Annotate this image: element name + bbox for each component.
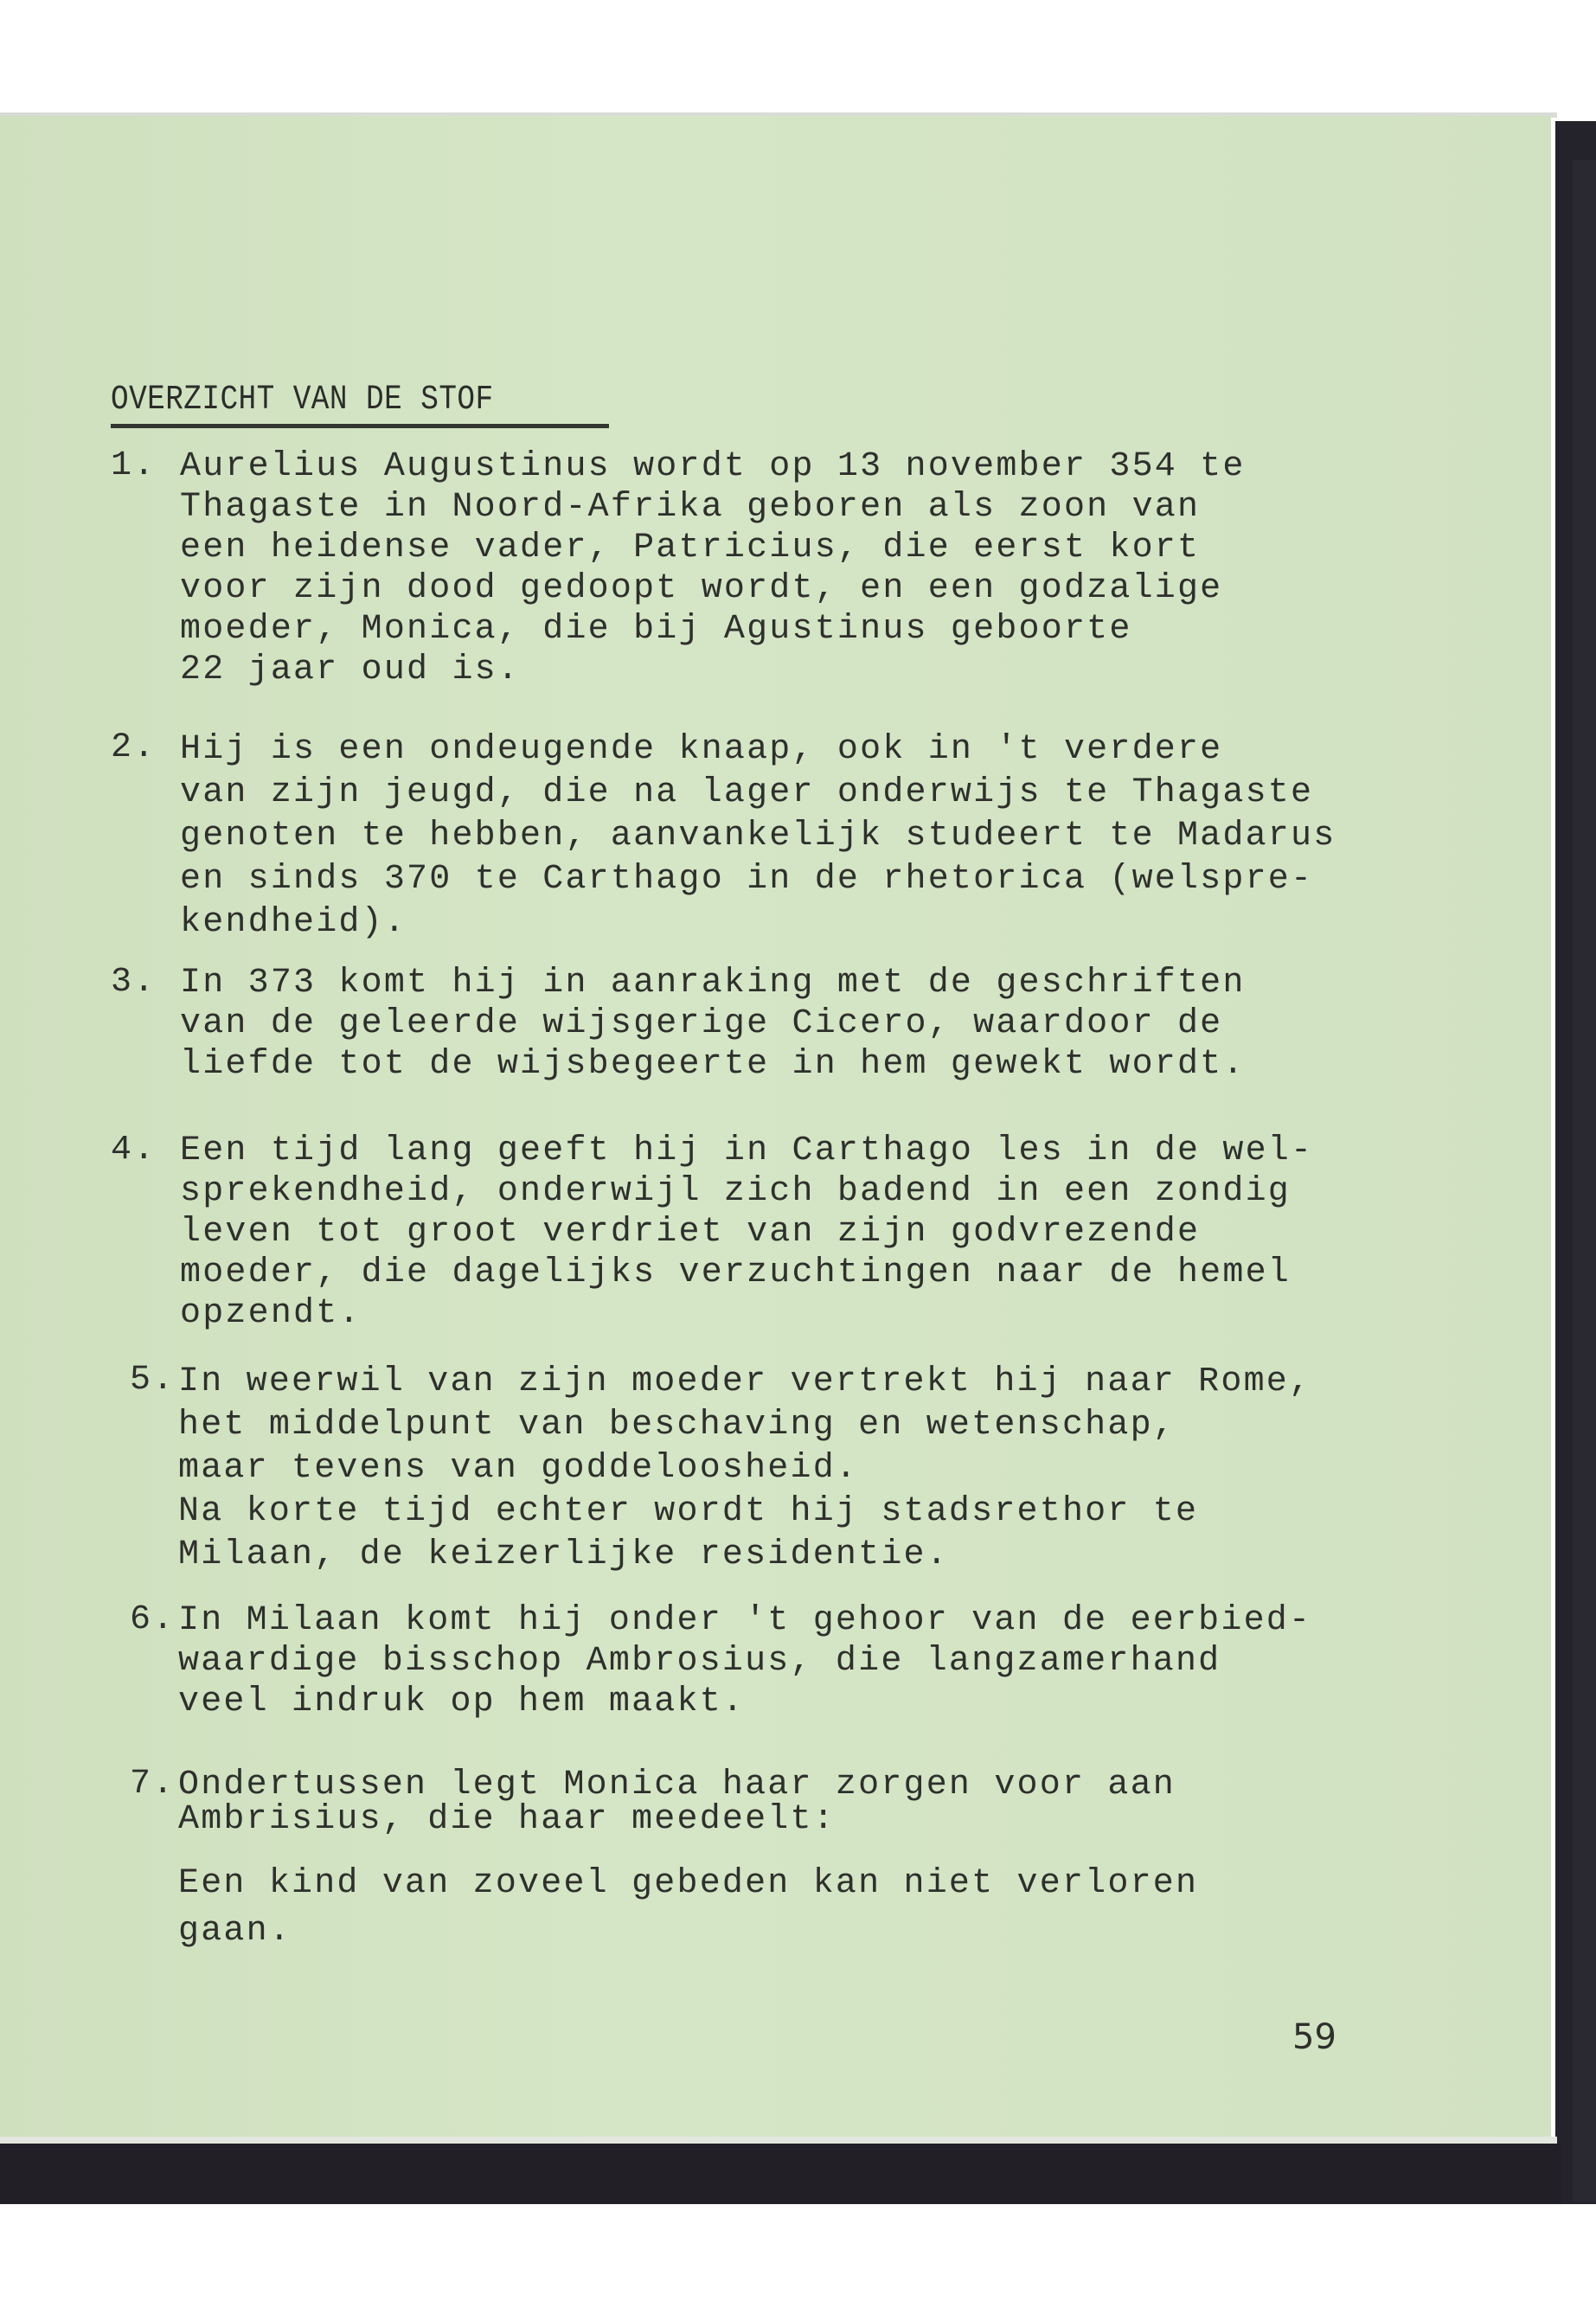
page-bottom-edge <box>0 2137 1557 2144</box>
item-line: 22 jaar oud is. <box>180 650 1246 690</box>
item-line: Thagaste in Noord-Afrika geboren als zoo… <box>180 487 1246 528</box>
scan-right-border-inner <box>1573 160 1596 2202</box>
item-line: Aurelius Augustinus wordt op 13 november… <box>180 446 1246 487</box>
quote-line: gaan. <box>178 1907 1198 1955</box>
item-line: veel indruk op hem maakt. <box>178 1682 1311 1722</box>
item-line: maar tevens van goddeloosheid. <box>178 1447 1311 1490</box>
item-line: sprekendheid, onderwijl zich badend in e… <box>180 1171 1313 1212</box>
item-line: van de geleerde wijsgerige Cicero, waard… <box>180 1003 1246 1044</box>
item-number: 6. <box>130 1600 175 1639</box>
item-line: leven tot groot verdriet van zijn godvre… <box>180 1212 1313 1253</box>
item-line: genoten te hebben, aanvankelijk studeert… <box>180 815 1336 858</box>
item-line: waardige bisschop Ambrosius, die langzam… <box>178 1641 1311 1682</box>
title-underline <box>111 424 609 428</box>
item-line: moeder, Monica, die bij Agustinus geboor… <box>180 609 1246 650</box>
item-line: In Milaan komt hij onder 't gehoor van d… <box>178 1600 1311 1641</box>
quote-line: Een kind van zoveel gebeden kan niet ver… <box>178 1860 1198 1907</box>
item-line: In weerwil van zijn moeder vertrekt hij … <box>178 1361 1311 1404</box>
item-number: 3. <box>111 963 156 1002</box>
item-number: 1. <box>111 446 156 485</box>
item-line: Milaan, de keizerlijke residentie. <box>178 1534 1311 1577</box>
item-line: Een tijd lang geeft hij in Carthago les … <box>180 1131 1313 1171</box>
item-line: Ambrisius, die haar meedeelt: <box>178 1805 1176 1843</box>
item-line: kendheid). <box>180 901 1336 945</box>
item-line: moeder, die dagelijks verzuchtingen naar… <box>180 1253 1313 1293</box>
item-line: Hij is een ondeugende knaap, ook in 't v… <box>180 728 1336 772</box>
item-line: en sinds 370 te Carthago in de rhetorica… <box>180 858 1336 901</box>
item-number: 2. <box>111 728 156 767</box>
item-line: Na korte tijd echter wordt hij stadsreth… <box>178 1490 1311 1534</box>
item-line: een heidense vader, Patricius, die eerst… <box>180 528 1246 568</box>
item-line: Ondertussen legt Monica haar zorgen voor… <box>178 1765 1176 1805</box>
item-number: 4. <box>111 1131 156 1170</box>
document-title: OVERZICHT VAN DE STOF <box>111 381 494 420</box>
item-line: opzendt. <box>180 1293 1313 1334</box>
quote-block: Een kind van zoveel gebeden kan niet ver… <box>178 1860 1198 1955</box>
item-line: het middelpunt van beschaving en wetensc… <box>178 1404 1311 1447</box>
item-number: 7. <box>130 1765 175 1804</box>
scan-bottom-border <box>0 2144 1561 2204</box>
item-number: 5. <box>130 1361 175 1400</box>
page-number: 59 <box>1292 2017 1336 2057</box>
item-line: voor zijn dood gedoopt wordt, en een god… <box>180 568 1246 609</box>
item-line: In 373 komt hij in aanraking met de gesc… <box>180 963 1246 1003</box>
item-line: liefde tot de wijsbegeerte in hem gewekt… <box>180 1044 1246 1085</box>
item-line: van zijn jeugd, die na lager onderwijs t… <box>180 772 1336 815</box>
